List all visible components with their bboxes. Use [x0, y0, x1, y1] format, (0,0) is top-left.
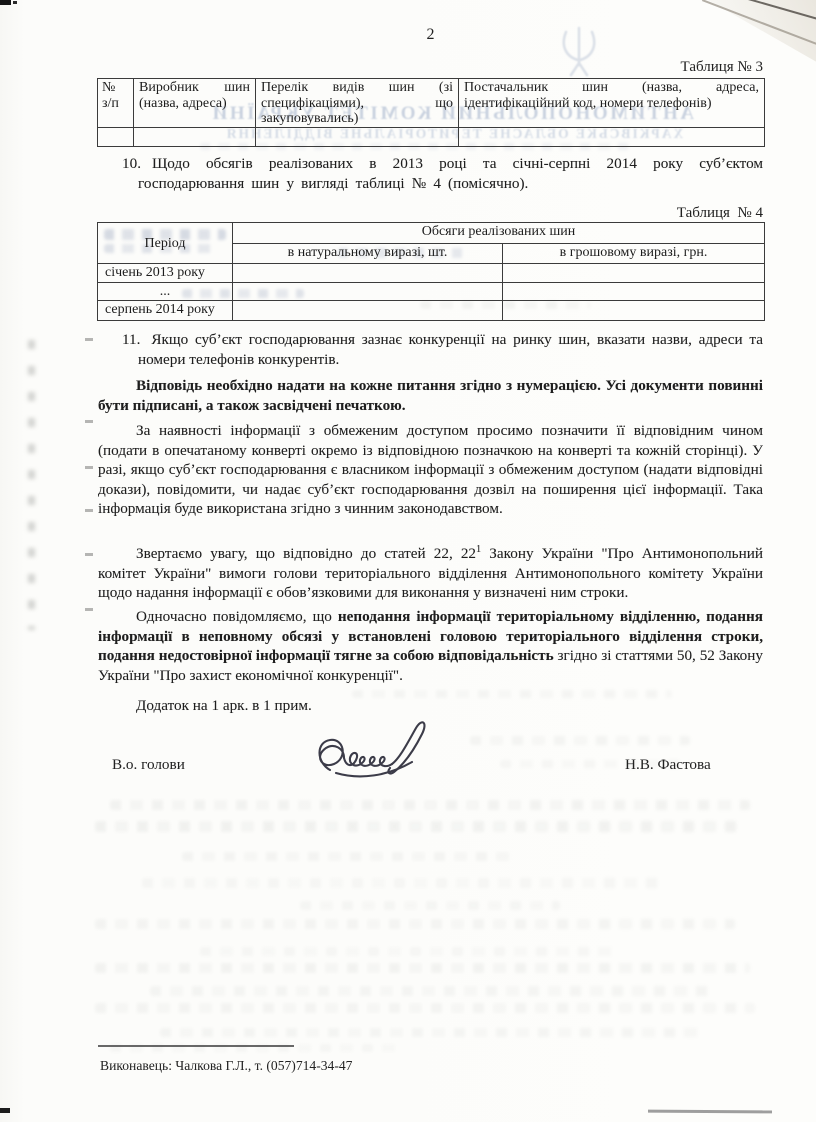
answer-instruction-paragraph: Відповідь необхідно надати на кожне пита… — [98, 376, 763, 415]
table3-header-num: № з/п — [98, 79, 134, 128]
table4-row-label: січень 2013 року — [98, 264, 233, 283]
scan-bottom-mark — [0, 1108, 10, 1113]
bleedthrough-smudge — [182, 852, 512, 861]
table4-empty-cell — [503, 264, 765, 283]
scan-corner-mark — [13, 1, 17, 4]
table4-empty-cell — [233, 301, 503, 321]
margin-bleed-mark — [85, 420, 93, 423]
document-page: АНТИМОНОПОЛЬНИЙ КОМІТЕТ УКРАЇНИ ХАРКІВСЬ… — [0, 0, 816, 1122]
table3-header-producer: Виробник шин (назва, адреса) — [134, 79, 256, 128]
table4-sales-volumes: Період Обсяги реалізованих шин в натурал… — [97, 222, 765, 321]
attention-text: Звертаємо увагу, що відповідно до статей… — [136, 545, 476, 562]
paragraph-10-number: 10. — [122, 155, 141, 172]
margin-bleed-mark — [85, 608, 93, 611]
signer-name: Н.В. Фастова — [625, 756, 711, 774]
margin-bleed-mark — [85, 509, 93, 512]
paragraph-11-number: 11. — [122, 331, 140, 348]
table4-row-label: ... — [98, 283, 233, 301]
bleedthrough-smudge — [110, 800, 750, 810]
table4-header-volumes: Обсяги реалізованих шин — [233, 223, 765, 244]
paragraph-11: 11.Якщо суб’єкт господарювання зазнає ко… — [98, 330, 763, 369]
table3-empty-cell — [256, 127, 459, 146]
table3-suppliers: № з/п Виробник шин (назва, адреса) Перел… — [97, 78, 765, 147]
table4-caption: Таблиця № 4 — [98, 205, 763, 222]
paragraph-11-text: Якщо суб’єкт господарювання зазнає конку… — [138, 331, 763, 368]
margin-bleed-mark — [85, 338, 93, 341]
table4-empty-cell — [503, 283, 765, 301]
liability-text: Одночасно повідомляємо, що — [136, 608, 338, 625]
bleedthrough-smudge — [95, 919, 735, 929]
table3-caption: Таблиця № 3 — [98, 59, 763, 76]
table4-empty-cell — [233, 283, 503, 301]
paragraph-10-text: Щодо обсягів реалізованих в 2013 році та… — [138, 155, 763, 192]
attachment-note: Додаток на 1 арк. в 1 прим. — [98, 696, 763, 716]
bleedthrough-smudge — [95, 1003, 755, 1013]
margin-bleed-mark — [85, 466, 93, 469]
table4-empty-cell — [503, 301, 765, 321]
footnote-rule — [98, 1045, 294, 1047]
paragraph-10: 10.Щодо обсягів реалізованих в 2013 році… — [98, 154, 763, 193]
bleedthrough-smudge — [470, 736, 690, 745]
bleedthrough-smudge — [95, 821, 745, 832]
legal-attention-paragraph: Звертаємо увагу, що відповідно до статей… — [98, 544, 763, 603]
bleedthrough-smudge — [142, 878, 662, 888]
executor-line: Виконавець: Чалкова Г.Л., т. (057)714-34… — [100, 1058, 352, 1074]
bleedthrough-smudge — [150, 986, 710, 996]
table4-empty-cell — [233, 264, 503, 283]
table3-header-supplier: Постачальник шин (назва, адреса, ідентиф… — [459, 79, 765, 128]
bleedthrough-smudge — [300, 901, 560, 910]
table3-empty-cell — [134, 127, 256, 146]
page-number: 2 — [98, 26, 763, 44]
left-edge-bleed — [28, 340, 35, 630]
scan-bottom-line — [648, 1110, 772, 1113]
table3-empty-cell — [459, 127, 765, 146]
handwritten-signature — [300, 718, 440, 796]
table4-header-monetary: в грошовому виразі, грн. — [503, 244, 765, 264]
restricted-info-paragraph: За наявності інформації з обмеженим дост… — [98, 421, 763, 519]
margin-bleed-mark — [85, 553, 93, 556]
table4-header-period: Період — [98, 223, 233, 264]
bleedthrough-smudge — [160, 1028, 700, 1037]
bleedthrough-smudge — [200, 947, 620, 956]
bleedthrough-smudge — [95, 963, 750, 973]
table4-header-natural: в натуральному виразі, шт. — [233, 244, 503, 264]
table3-header-types: Перелік видів шин (зі специфікаціями), щ… — [256, 79, 459, 128]
signer-role: В.о. голови — [112, 756, 185, 774]
table4-row-label: серпень 2014 року — [98, 301, 233, 321]
liability-paragraph: Одночасно повідомляємо, що неподання інф… — [98, 607, 763, 685]
scan-corner-mark — [0, 0, 11, 5]
table3-empty-cell — [98, 127, 134, 146]
fold-edge-line — [745, 0, 816, 21]
